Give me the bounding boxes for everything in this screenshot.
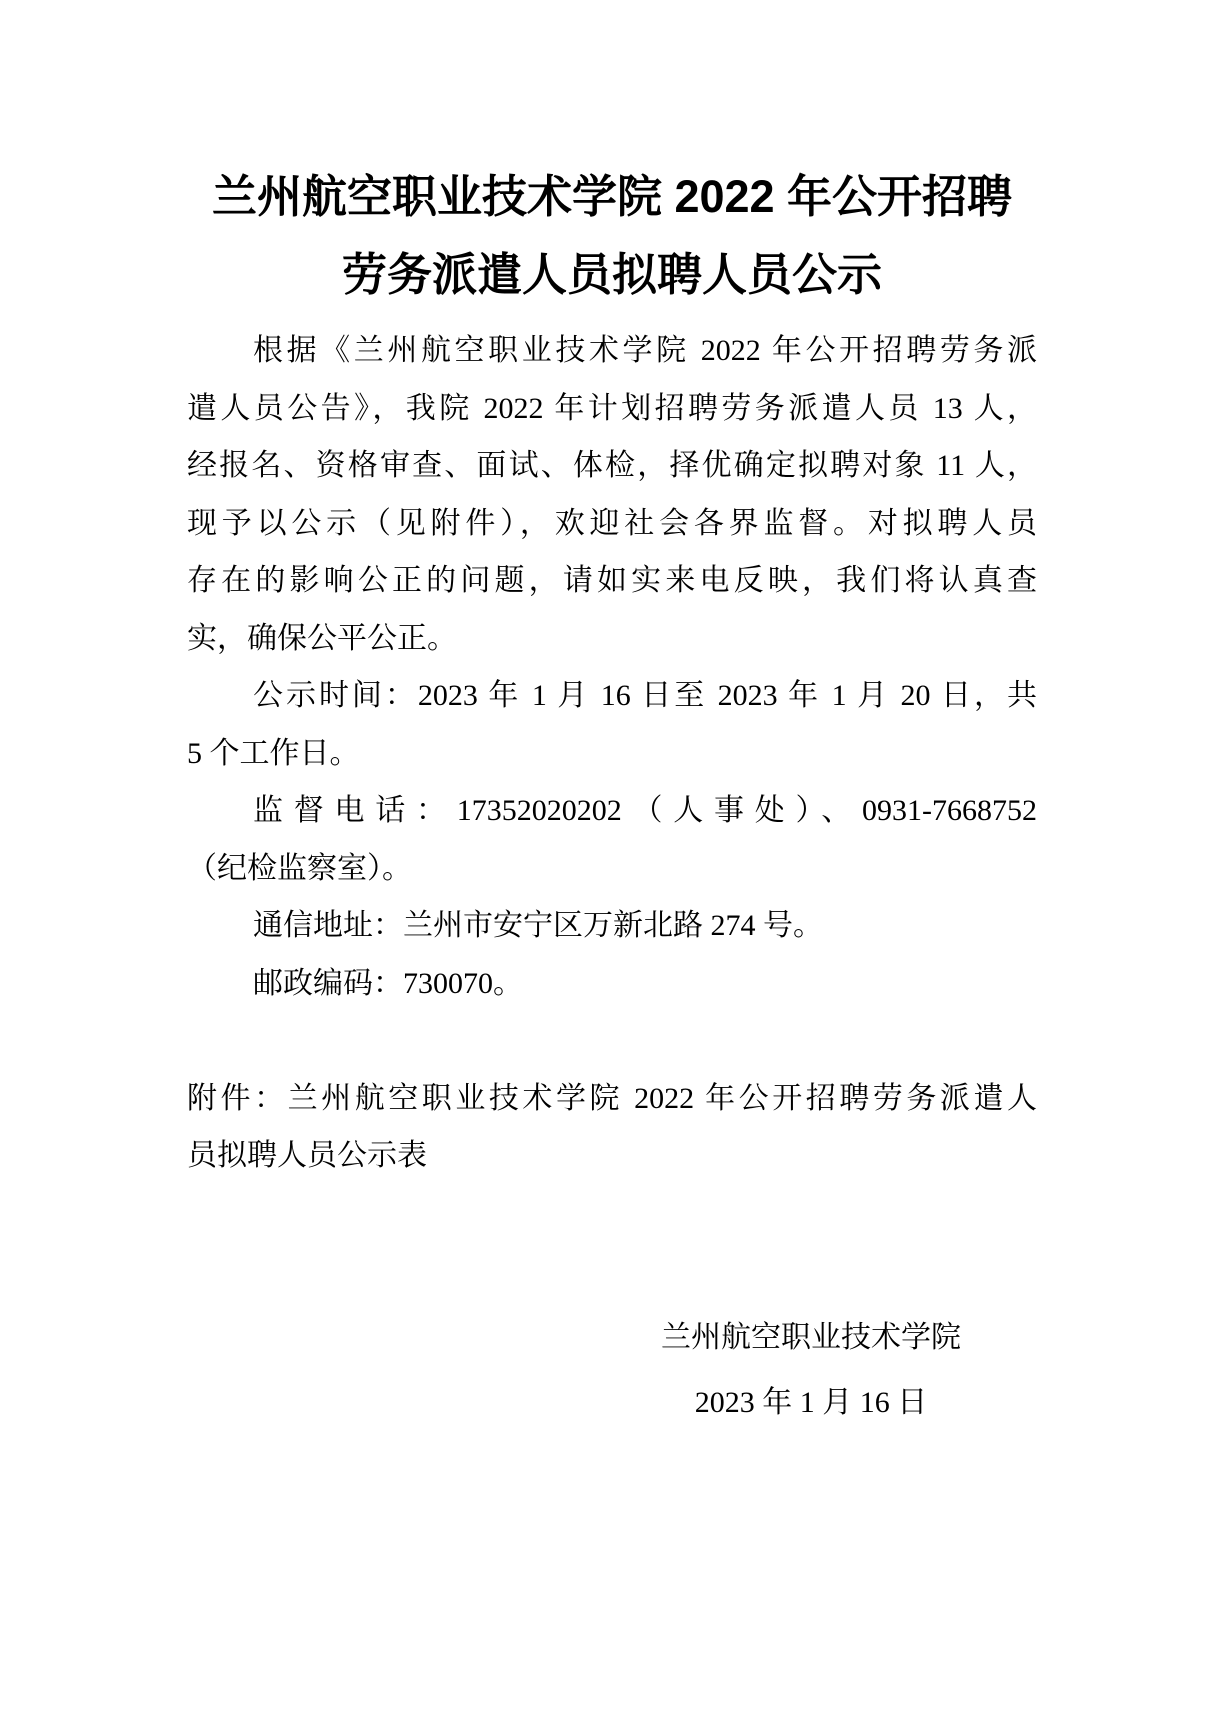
paragraph-intro-line-3: 经报名、资格审查、面试、体检，择优确定拟聘对象 11 人，	[187, 437, 1037, 495]
paragraph-publicity-period: 公示时间：2023 年 1 月 16 日至 2023 年 1 月 20 日，共 …	[187, 667, 1037, 782]
title-line-2: 劳务派遣人员拟聘人员公示	[187, 236, 1037, 314]
paragraph-intro-line-1: 根据《兰州航空职业技术学院 2022 年公开招聘劳务派	[187, 322, 1037, 380]
publicity-period-line-1: 公示时间：2023 年 1 月 16 日至 2023 年 1 月 20 日，共	[187, 667, 1037, 725]
paragraph-mailing-address: 通信地址：兰州市安宁区万新北路 274 号。	[187, 897, 1037, 955]
signature-organization: 兰州航空职业技术学院	[661, 1305, 961, 1370]
title-line-1: 兰州航空职业技术学院 2022 年公开招聘	[187, 158, 1037, 236]
document-body: 根据《兰州航空职业技术学院 2022 年公开招聘劳务派 遣人员公告》，我院 20…	[187, 322, 1037, 1185]
document-page: 兰州航空职业技术学院 2022 年公开招聘 劳务派遣人员拟聘人员公示 根据《兰州…	[0, 0, 1226, 1734]
signature-date: 2023 年 1 月 16 日	[661, 1370, 961, 1435]
mailing-address-line-1: 通信地址：兰州市安宁区万新北路 274 号。	[187, 897, 1037, 955]
paragraph-intro-line-5: 存在的影响公正的问题，请如实来电反映，我们将认真查	[187, 552, 1037, 610]
paragraph-intro-line-4: 现予以公示（见附件），欢迎社会各界监督。对拟聘人员	[187, 495, 1037, 553]
supervision-phone-line-2: （纪检监察室）。	[187, 840, 1037, 898]
paragraph-attachment-note: 附件：兰州航空职业技术学院 2022 年公开招聘劳务派遣人 员拟聘人员公示表	[187, 1070, 1037, 1185]
attachment-note-line-2: 员拟聘人员公示表	[187, 1127, 1037, 1185]
signature-block: 兰州航空职业技术学院 2023 年 1 月 16 日	[661, 1305, 961, 1435]
supervision-phone-line-1: 监督电话：17352020202（人事处）、0931-7668752	[187, 782, 1037, 840]
paragraph-postal-code: 邮政编码：730070。	[187, 955, 1037, 1013]
paragraph-intro-line-6: 实，确保公平公正。	[187, 610, 1037, 668]
paragraph-supervision-phone: 监督电话：17352020202（人事处）、0931-7668752 （纪检监察…	[187, 782, 1037, 897]
paragraph-intro: 根据《兰州航空职业技术学院 2022 年公开招聘劳务派 遣人员公告》，我院 20…	[187, 322, 1037, 667]
publicity-period-line-2: 5 个工作日。	[187, 725, 1037, 783]
document-title: 兰州航空职业技术学院 2022 年公开招聘 劳务派遣人员拟聘人员公示	[187, 0, 1037, 314]
postal-code-line-1: 邮政编码：730070。	[187, 955, 1037, 1013]
attachment-note-line-1: 附件：兰州航空职业技术学院 2022 年公开招聘劳务派遣人	[187, 1070, 1037, 1128]
paragraph-intro-line-2: 遣人员公告》，我院 2022 年计划招聘劳务派遣人员 13 人，	[187, 380, 1037, 438]
